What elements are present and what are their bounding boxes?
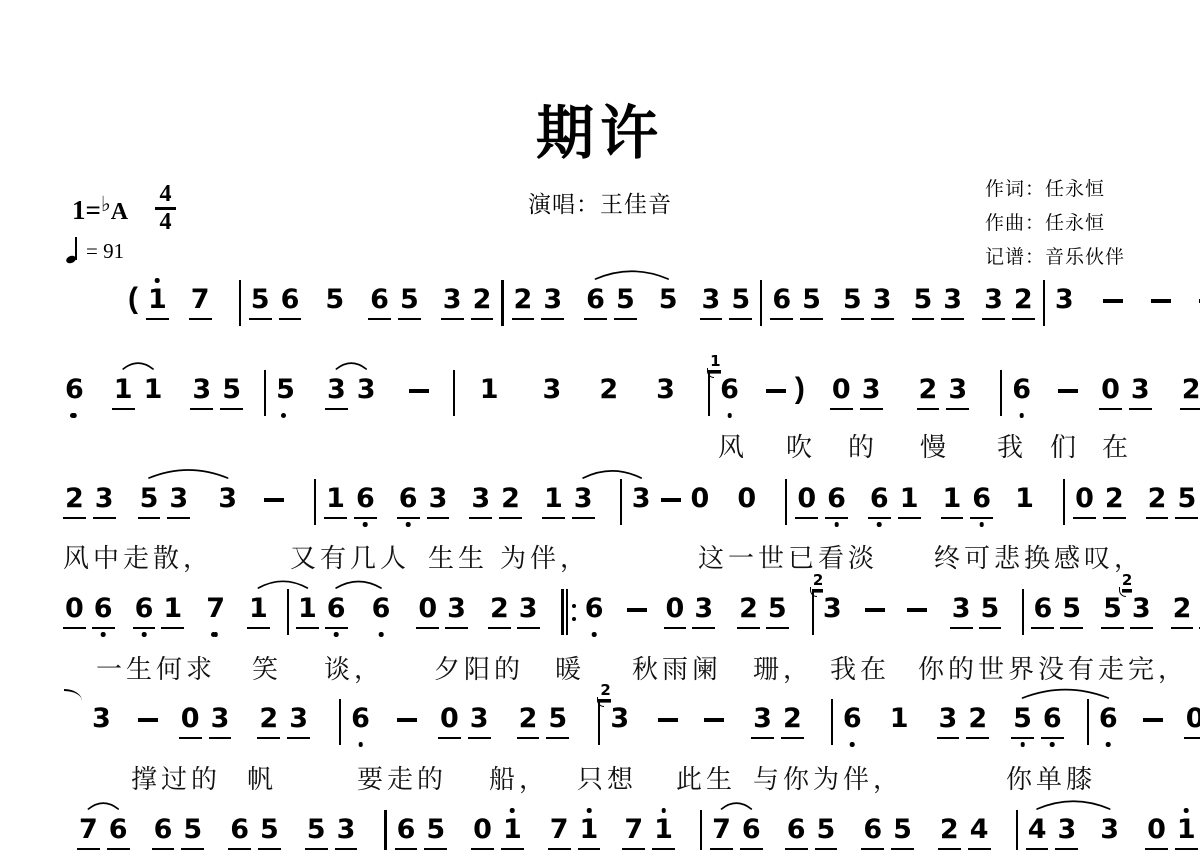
note: 0 [1146, 816, 1167, 844]
spacer [547, 595, 553, 596]
low-octave-dot [363, 522, 368, 527]
spacer [1129, 816, 1137, 817]
note: 3 [1099, 816, 1120, 844]
note: 3 [356, 376, 377, 404]
barline [620, 479, 622, 525]
slur-arc [722, 803, 752, 809]
note: 5 [547, 705, 568, 733]
note: 3 [470, 485, 491, 513]
note: 5 [425, 816, 446, 844]
note: 1 [479, 376, 500, 404]
low-octave-dot [877, 522, 882, 527]
note: 6 [369, 286, 390, 314]
low-octave-dot [1020, 742, 1025, 747]
note: 3 [938, 705, 959, 733]
note: 5 [842, 286, 863, 314]
note: 3 [446, 595, 467, 623]
lyric-segment: 我 [997, 427, 1027, 464]
note: 5 [1061, 595, 1082, 623]
spacer [355, 595, 363, 596]
barline [339, 699, 341, 745]
spacer [1160, 595, 1164, 596]
note: 2 [489, 595, 510, 623]
note: 5 [913, 286, 934, 314]
spacer [1044, 485, 1054, 486]
note: 5 [892, 816, 913, 844]
note: 1 [1014, 485, 1035, 513]
spacer [177, 286, 181, 287]
duration-dash [138, 718, 158, 722]
lyric-segment: 此生 [676, 759, 736, 796]
lyric-segment: 帆 [247, 759, 277, 796]
note: 1 [1176, 816, 1197, 844]
spacer [1172, 705, 1176, 706]
note: 6 [64, 376, 85, 404]
note: 5 [816, 816, 837, 844]
lyric-segment: 吹 [786, 427, 816, 464]
note: 3 [210, 705, 231, 733]
barline [453, 370, 455, 416]
barline [760, 280, 762, 326]
barline [1022, 589, 1024, 635]
note: 0 [64, 595, 85, 623]
low-octave-dot [850, 742, 855, 747]
lyric-segment: 们 [1050, 427, 1080, 464]
note: 3 [94, 485, 115, 513]
note: 0 [690, 485, 711, 513]
note: 3 [217, 485, 238, 513]
note: 5 [801, 286, 822, 314]
key-signature: 1=♭A [72, 192, 128, 226]
duration-dash [409, 389, 429, 393]
note: 3 [631, 485, 652, 513]
spacer [872, 705, 880, 706]
spacer [719, 485, 727, 486]
spacer [1134, 485, 1138, 486]
lyric-segment: 夕阳的 [434, 649, 524, 686]
spacer [1180, 286, 1190, 287]
note: 6 [585, 286, 606, 314]
spacer [922, 816, 930, 817]
lyric-segment: 要走的 [357, 759, 447, 796]
credits-block: 作词：任永恒 作曲：任永恒 记谱：音乐伙伴 [985, 173, 1125, 275]
spacer [831, 286, 833, 287]
spacer [380, 705, 388, 706]
spacer [429, 286, 433, 287]
spacer [1090, 595, 1094, 596]
slur-arc [336, 581, 381, 588]
note: 2 [939, 816, 960, 844]
spacer [645, 286, 649, 287]
note: 3 [701, 286, 722, 314]
note: 0 [1100, 376, 1121, 404]
note: 3 [336, 816, 357, 844]
lyric-segment: 的 [848, 427, 878, 464]
lyric-segment: 撑过的 [131, 759, 221, 796]
note: 1 [147, 286, 168, 314]
composer-credit: 作曲：任永恒 [985, 207, 1125, 241]
spacer [289, 816, 297, 817]
lyric-segment: 风 [718, 427, 748, 464]
spacer [124, 485, 130, 486]
spacer [977, 376, 991, 377]
low-octave-dot [101, 632, 106, 637]
spacer [929, 485, 933, 486]
low-octave-dot [1050, 742, 1055, 747]
spacer [220, 286, 230, 287]
note: 6 [1042, 705, 1063, 733]
note: 1 [942, 485, 963, 513]
barline [384, 810, 386, 850]
note: 5 [767, 595, 788, 623]
note: 2 [967, 705, 988, 733]
transcriber-credit: 记谱：音乐伙伴 [985, 241, 1125, 275]
music-line: 61135533132316)032360321 [64, 376, 1200, 416]
note: 2 [918, 376, 939, 404]
spacer [655, 595, 657, 596]
note: 6 [355, 485, 376, 513]
note: 6 [1011, 376, 1032, 404]
spacer [172, 376, 182, 377]
spacer [1087, 376, 1091, 377]
note: 23 [609, 705, 630, 733]
spacer [851, 595, 857, 596]
spacer [385, 485, 389, 486]
duration-dash [1151, 299, 1171, 303]
note: 3 [1130, 376, 1151, 404]
note: 5 [250, 286, 271, 314]
lyric-segment: 只想 [577, 759, 637, 796]
close-paren: ) [795, 374, 805, 404]
spacer [354, 286, 360, 287]
note: 2 [1172, 595, 1193, 623]
note: 6 [584, 595, 605, 623]
duration-dash [397, 718, 417, 722]
note: 1 [325, 485, 346, 513]
slur-arc [123, 363, 153, 369]
slur-arc [1023, 690, 1109, 698]
spacer [457, 485, 461, 486]
music-line: 0661711660323603252335655232123 [64, 595, 1200, 635]
note: 1 [113, 376, 134, 404]
note: 3 [469, 705, 490, 733]
note: 6 [134, 595, 155, 623]
lyric-segment: 风中走散， [63, 538, 213, 575]
note: 3 [542, 376, 563, 404]
note: 0 [1185, 705, 1200, 733]
note: 2 [513, 286, 534, 314]
spacer [935, 595, 943, 596]
barline [314, 479, 316, 525]
lyric-segment: 终可悲换感叹， [934, 538, 1144, 575]
low-octave-dot [334, 632, 339, 637]
lyric-segment: 与你为伴， [753, 759, 903, 796]
note: 0 [472, 816, 493, 844]
note: 2 [1181, 376, 1200, 404]
note: 7 [190, 286, 211, 314]
note: 2 [782, 705, 803, 733]
note: 3 [947, 376, 968, 404]
spacer [365, 816, 375, 817]
note: 2 [598, 376, 619, 404]
spacer [1001, 485, 1005, 486]
quarter-note-icon [66, 237, 81, 264]
grace-note: 1 [710, 354, 720, 371]
barline [264, 370, 266, 416]
duration-dash [661, 498, 681, 502]
lyric-segment: 又有几人 [290, 538, 410, 575]
note: 6 [326, 595, 347, 623]
spacer [438, 376, 444, 377]
lyric-segment: 秋雨阑 [632, 649, 722, 686]
slur-arc [88, 803, 118, 809]
spacer [688, 286, 692, 287]
note: 5 [658, 286, 679, 314]
lyric-segment: 谈， [324, 649, 384, 686]
spacer [386, 376, 400, 377]
high-octave-dot [1184, 808, 1189, 813]
lyric-segment: 你的世界没有走完， [918, 649, 1188, 686]
note: 3 [983, 286, 1004, 314]
slur-arc [149, 470, 228, 478]
note: 3 [752, 705, 773, 733]
barline [700, 810, 702, 850]
note: 0 [180, 705, 201, 733]
note: 0 [665, 595, 686, 623]
high-octave-dot [155, 278, 160, 283]
note: 5 [1102, 595, 1123, 623]
note: 6 [1098, 705, 1119, 733]
spacer [733, 705, 743, 706]
note: 5 [306, 816, 327, 844]
spacer [997, 705, 1003, 706]
flat-icon: ♭ [101, 193, 111, 216]
note: 6 [396, 816, 417, 844]
note: 3 [191, 376, 212, 404]
note: 7 [711, 816, 732, 844]
note: 5 [1012, 705, 1033, 733]
spacer [399, 595, 409, 596]
low-octave-dot [142, 632, 147, 637]
note: 6 [862, 816, 883, 844]
lyric-segment: 慢 [920, 427, 950, 464]
low-octave-dot [358, 742, 363, 747]
spacer [94, 376, 104, 377]
spacer [891, 376, 909, 377]
spacer [856, 485, 860, 486]
spacer [639, 705, 649, 706]
note: 3 [288, 705, 309, 733]
spacer [571, 376, 589, 377]
spacer [121, 705, 129, 706]
note: 5 [259, 816, 280, 844]
note: 2 [64, 485, 85, 513]
note: 0 [1074, 485, 1095, 513]
barline [1016, 810, 1018, 850]
spacer [613, 595, 619, 596]
high-octave-dot [510, 808, 515, 813]
grace-note: 2 [813, 573, 823, 590]
duration-dash [658, 718, 678, 722]
spacer [972, 286, 974, 287]
note: 6 [971, 485, 992, 513]
spacer [293, 485, 305, 486]
music-line: 235331663321330006611610225535 [64, 485, 1200, 525]
spacer [1132, 286, 1142, 287]
note: 5 [980, 595, 1001, 623]
low-octave-dot [727, 413, 732, 418]
note: 5 [1176, 485, 1197, 513]
note: 6 [826, 485, 847, 513]
spacer [999, 816, 1007, 817]
note: 2 [738, 595, 759, 623]
spacer [1041, 376, 1049, 377]
spacer [685, 376, 699, 377]
duration-dash [1103, 299, 1123, 303]
spacer [1072, 705, 1078, 706]
spacer [608, 816, 614, 817]
time-signature: 4 4 [155, 183, 176, 234]
note: 1 [162, 595, 183, 623]
note: 6 [771, 286, 792, 314]
spacer [1086, 816, 1090, 817]
duration-dash [766, 389, 786, 393]
spacer [167, 705, 171, 706]
spacer [766, 485, 776, 486]
spacer [234, 595, 240, 596]
duration-dash [907, 608, 927, 612]
high-octave-dot [587, 808, 592, 813]
duration-dash [1058, 389, 1078, 393]
spacer [426, 705, 430, 706]
song-title: 期许 [0, 86, 1200, 170]
time-bottom: 4 [160, 211, 172, 234]
spacer [239, 705, 249, 706]
spacer [247, 485, 255, 486]
spacer [919, 705, 929, 706]
note: 6 [350, 705, 371, 733]
barline [831, 699, 833, 745]
lyric-segment: 这一世已看淡 [698, 538, 878, 575]
note: 6 [371, 595, 392, 623]
lyric-segment: 生生 [428, 538, 488, 575]
note: 3 [428, 485, 449, 513]
note: 6 [842, 705, 863, 733]
spacer [530, 485, 534, 486]
low-octave-dot [213, 632, 218, 637]
slur-arc [1037, 801, 1110, 809]
note: 3 [693, 595, 714, 623]
low-octave-dot [379, 632, 384, 637]
note: 6 [93, 595, 114, 623]
note: 1 [579, 816, 600, 844]
sheet-music-page: 期许 演唱：王佳音 作词：任永恒 作曲：任永恒 记谱：音乐伙伴 1=♭A 4 4… [0, 0, 1200, 850]
spacer [812, 705, 822, 706]
tempo-marking: = 91 [66, 237, 124, 264]
note: 6 [398, 485, 419, 513]
note: 6 [741, 816, 762, 844]
note: 3 [518, 595, 539, 623]
music-line: 7665655365017171766565244330171 [78, 816, 1200, 850]
note: 7 [623, 816, 644, 844]
spacer [122, 595, 126, 596]
note: 23 [1131, 595, 1152, 623]
note: 1 [543, 485, 564, 513]
spacer [138, 816, 144, 817]
spacer [309, 286, 315, 287]
low-octave-dot [1019, 413, 1024, 418]
note: 2 [1147, 485, 1168, 513]
note: 3 [442, 286, 463, 314]
high-octave-dot [661, 808, 666, 813]
spacer [572, 286, 576, 287]
slur-arc [583, 471, 641, 478]
note: 5 [730, 286, 751, 314]
note: 3 [168, 485, 189, 513]
time-top: 4 [160, 183, 172, 206]
lyric-segment: 为伴， [500, 538, 590, 575]
spacer [305, 376, 317, 377]
note: 3 [951, 595, 972, 623]
spacer [683, 816, 691, 817]
tempo-value: = 91 [86, 239, 124, 263]
note: 3 [861, 376, 882, 404]
spacer [1084, 286, 1094, 287]
note: 1 [297, 595, 318, 623]
note: 7 [549, 816, 570, 844]
low-octave-dot [72, 413, 77, 418]
lyric-segment: 笑 [252, 649, 282, 686]
low-octave-dot [1106, 742, 1111, 747]
note: 5 [615, 286, 636, 314]
note: 23 [822, 595, 843, 623]
lyric-segment: 在 [1102, 427, 1132, 464]
lyric-segment: 一生何求 [96, 649, 216, 686]
spacer [749, 376, 757, 377]
note: 5 [399, 286, 420, 314]
note: 6 [869, 485, 890, 513]
note: 3 [573, 485, 594, 513]
note: 3 [542, 286, 563, 314]
duration-dash [627, 608, 647, 612]
note: 6 [108, 816, 129, 844]
spacer [1160, 376, 1172, 377]
barline [1063, 479, 1065, 525]
note: 0 [439, 705, 460, 733]
note: 2 [1104, 485, 1125, 513]
note: 5 [324, 286, 345, 314]
note: 5 [221, 376, 242, 404]
note: 3 [1056, 816, 1077, 844]
note: 6 [153, 816, 174, 844]
spacer [455, 816, 463, 817]
spacer [1128, 705, 1134, 706]
note: 5 [182, 816, 203, 844]
note: 1 [502, 816, 523, 844]
spacer [532, 816, 540, 817]
note: 5 [275, 376, 296, 404]
slur-arc [336, 363, 366, 369]
barline [1087, 699, 1089, 745]
note: 1 [653, 816, 674, 844]
low-octave-dot [406, 522, 411, 527]
note: 0 [736, 485, 757, 513]
duration-dash [264, 498, 284, 502]
note: 2 [500, 485, 521, 513]
slur-arc [258, 581, 307, 588]
tonic-prefix: 1= [72, 195, 101, 225]
note: 16 [719, 376, 740, 404]
